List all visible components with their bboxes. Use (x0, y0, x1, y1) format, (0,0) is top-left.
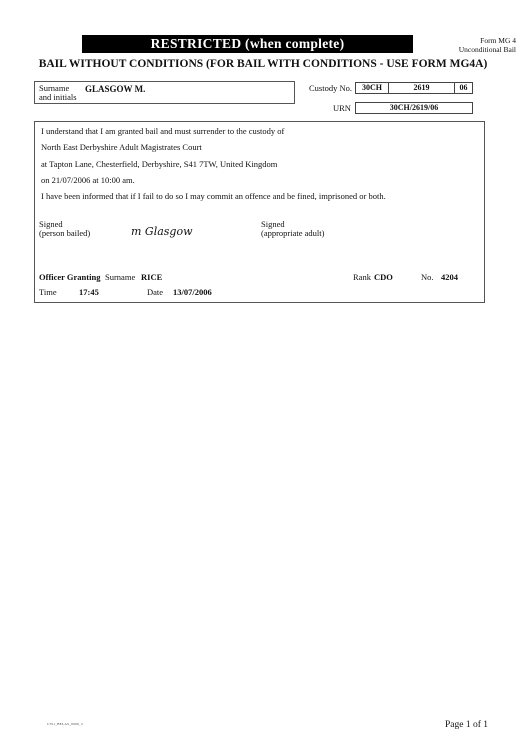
custody-number-part2: 2619 (388, 82, 455, 94)
officer-surname-value: RICE (141, 272, 162, 282)
surrender-date-time: on 21/07/2006 at 10:00 am. (41, 175, 135, 185)
surname-value: GLASGOW M. (85, 84, 145, 94)
court-name: North East Derbyshire Adult Magistrates … (41, 142, 202, 152)
officer-surname-label: Surname (105, 273, 135, 282)
form-reference: Form MG 4 Unconditional Bail (459, 36, 516, 54)
surname-label: Surname and initials (39, 84, 77, 102)
document-code: CJS1_BELAS_0009_3 (47, 722, 83, 726)
officer-number-label: No. (421, 273, 434, 282)
surrender-statement: I understand that I am granted bail and … (41, 126, 284, 136)
form-type: Unconditional Bail (459, 45, 516, 54)
form-title: BAIL WITHOUT CONDITIONS (FOR BAIL WITH C… (0, 58, 526, 70)
surname-field: Surname and initials GLASGOW M. (34, 81, 295, 104)
form-number: Form MG 4 (459, 36, 516, 45)
appropriate-adult-signature-label: Signed (appropriate adult) (261, 220, 324, 238)
warning-statement: I have been informed that if I fail to d… (41, 191, 386, 201)
custody-number-label: Custody No. (309, 84, 352, 93)
bail-details-box: I understand that I am granted bail and … (34, 121, 485, 303)
court-address: at Tapton Lane, Chesterfield, Derbyshire… (41, 159, 277, 169)
surname-label-line2: and initials (39, 93, 77, 102)
officer-number-value: 4204 (441, 272, 458, 282)
date-label: Date (147, 288, 163, 297)
time-label: Time (39, 288, 57, 297)
time-value: 17:45 (79, 287, 99, 297)
custody-number-part3: 06 (454, 82, 473, 94)
rank-label: Rank (353, 273, 371, 282)
restricted-banner: RESTRICTED (when complete) (82, 35, 413, 53)
urn-value: 30CH/2619/06 (355, 102, 473, 114)
rank-value: CDO (374, 272, 393, 282)
appropriate-adult-label: (appropriate adult) (261, 229, 324, 238)
person-bailed-label: (person bailed) (39, 229, 90, 238)
page-number: Page 1 of 1 (445, 720, 488, 730)
date-value: 13/07/2006 (173, 287, 212, 297)
officer-granting-heading: Officer Granting (39, 272, 100, 282)
person-bailed-signature: m Glasgow (131, 225, 193, 238)
person-bailed-signature-label: Signed (person bailed) (39, 220, 90, 238)
custody-number-part1: 30CH (355, 82, 389, 94)
urn-label: URN (333, 104, 351, 113)
